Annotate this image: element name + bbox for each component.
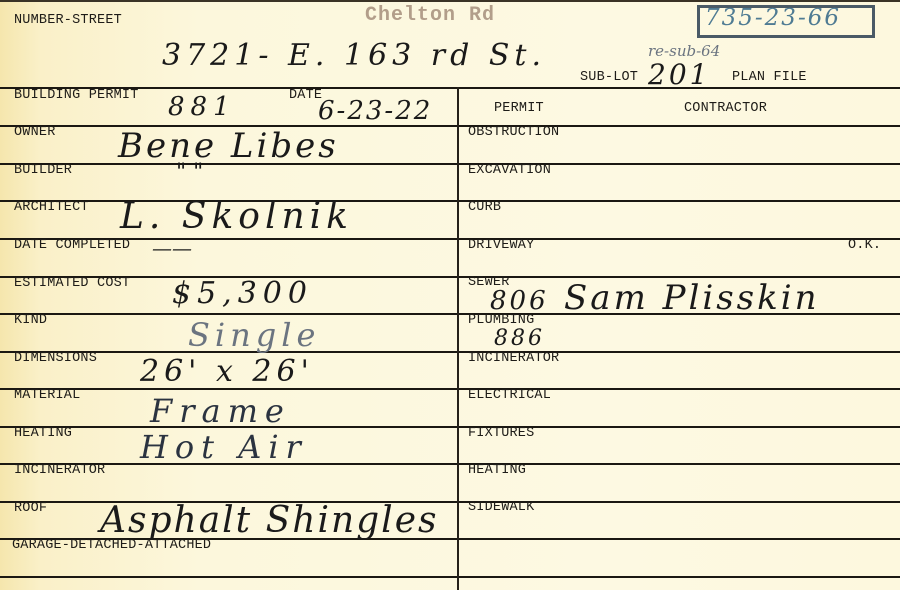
owner-value: Bene Libes bbox=[118, 126, 339, 166]
material-label: MATERIAL bbox=[14, 388, 80, 403]
building-permit-value: 881 bbox=[168, 92, 236, 122]
contractor-column-header: CONTRACTOR bbox=[684, 101, 767, 116]
building-permit-label: BUILDING PERMIT bbox=[14, 88, 139, 103]
owner-label: OWNER bbox=[14, 125, 56, 140]
builder-label: BUILDER bbox=[14, 163, 72, 178]
garage-label: GARAGE-DETACHED-ATTACHED bbox=[12, 538, 211, 553]
kind-value: Single bbox=[188, 316, 320, 354]
heating-permit-label: HEATING bbox=[468, 463, 526, 478]
date-completed-label: DATE COMPLETED bbox=[14, 238, 130, 253]
rule-line bbox=[0, 463, 900, 465]
estimated-cost-value: $5,300 bbox=[172, 276, 313, 311]
sewer-contractor-value: Sam Plisskin bbox=[564, 278, 820, 318]
kind-label: KIND bbox=[14, 313, 47, 328]
card-top-edge bbox=[0, 0, 900, 2]
builder-value: " " bbox=[176, 160, 203, 185]
driveway-status: O.K. bbox=[848, 238, 881, 253]
rule-line bbox=[0, 426, 900, 428]
roof-value: Asphalt Shingles bbox=[100, 500, 438, 541]
heating-value: Hot Air bbox=[140, 428, 308, 466]
curb-label: CURB bbox=[468, 200, 501, 215]
record-number-stamp: 735-23-66 bbox=[705, 5, 841, 31]
rule-line bbox=[0, 238, 900, 240]
rule-line bbox=[0, 576, 900, 578]
estimated-cost-label: ESTIMATED COST bbox=[14, 276, 130, 291]
rule-line bbox=[0, 351, 900, 353]
driveway-label: DRIVEWAY bbox=[468, 238, 534, 253]
sub-lot-value: 201 bbox=[648, 58, 710, 91]
obstruction-label: OBSTRUCTION bbox=[468, 125, 559, 140]
fixtures-label: FIXTURES bbox=[468, 426, 534, 441]
dimensions-label: DIMENSIONS bbox=[14, 351, 97, 366]
building-permit-card: Chelton Rd 735-23-66 NUMBER-STREET 3721-… bbox=[0, 0, 900, 590]
date-value: 6-23-22 bbox=[318, 96, 432, 126]
electrical-label: ELECTRICAL bbox=[468, 388, 551, 403]
heating-label: HEATING bbox=[14, 426, 72, 441]
incinerator-label: INCINERATOR bbox=[14, 463, 105, 478]
material-value: Frame bbox=[150, 392, 291, 430]
architect-value: L. Skolnik bbox=[120, 196, 353, 237]
sewer-permit-value: 806 bbox=[490, 286, 549, 316]
architect-label: ARCHITECT bbox=[14, 200, 89, 215]
permit-column-header: PERMIT bbox=[494, 101, 544, 116]
number-street-value: 3721- E. 163 rd St. bbox=[162, 38, 546, 73]
excavation-label: EXCAVATION bbox=[468, 163, 551, 178]
roof-label: ROOF bbox=[14, 501, 47, 516]
date-completed-value: —— bbox=[152, 236, 192, 260]
rule-line bbox=[0, 388, 900, 390]
sub-lot-label: SUB-LOT bbox=[580, 70, 638, 85]
plumbing-permit-value: 886 bbox=[494, 326, 545, 351]
street-stamp: Chelton Rd bbox=[365, 4, 495, 27]
number-street-label: NUMBER-STREET bbox=[14, 13, 122, 28]
incinerator-permit-label: INCINERATOR bbox=[468, 351, 559, 366]
column-divider bbox=[457, 87, 459, 590]
plan-file-label: PLAN FILE bbox=[732, 70, 807, 85]
dimensions-value: 26' x 26' bbox=[140, 354, 314, 389]
sidewalk-label: SIDEWALK bbox=[468, 500, 534, 515]
